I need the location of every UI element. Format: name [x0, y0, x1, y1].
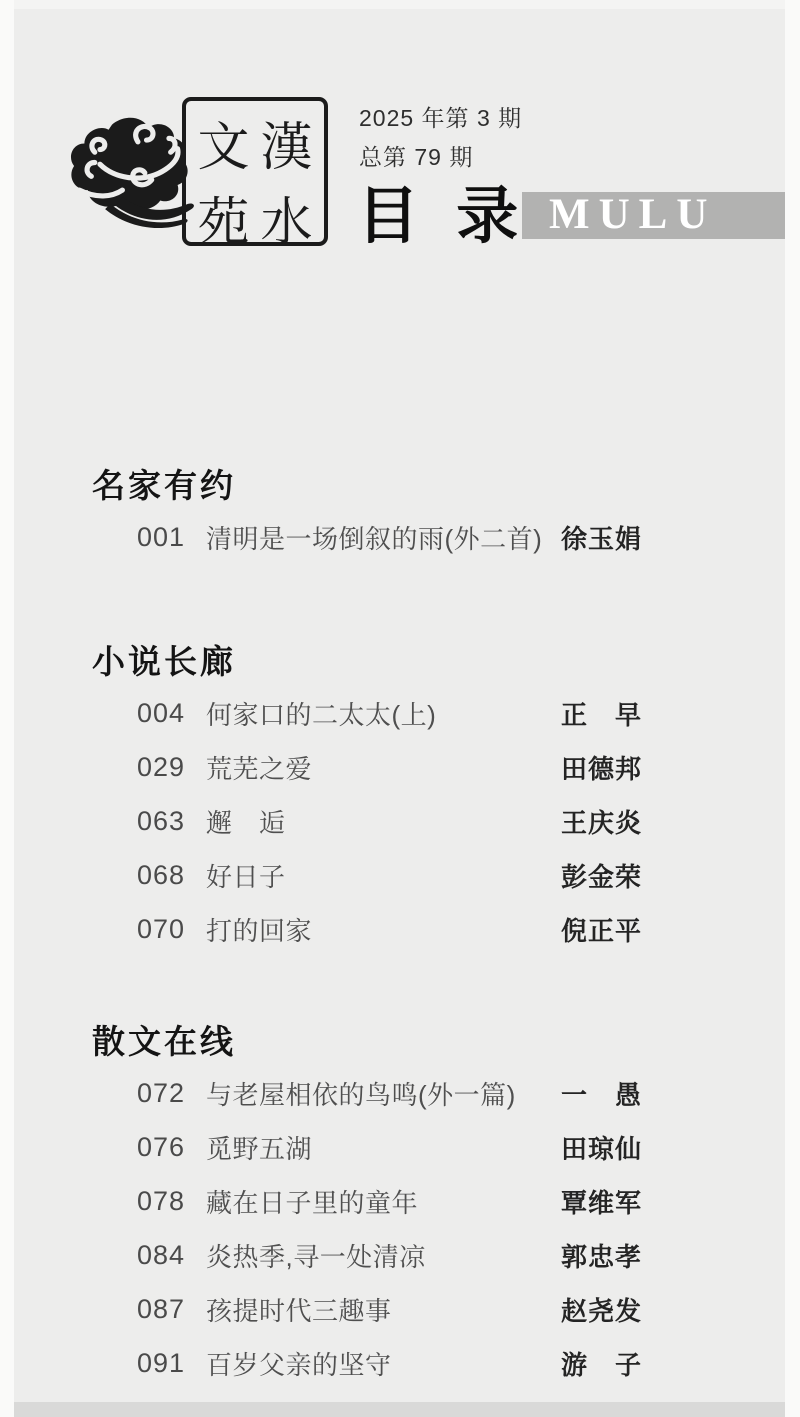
entry-title: 孩提时代三趣事 [206, 1291, 561, 1328]
page-bottom-edge [14, 1402, 785, 1417]
entry-title: 百岁父亲的坚守 [206, 1345, 561, 1382]
toc-entry: 087孩提时代三趣事赵尧发 [14, 1282, 785, 1336]
issue-number: 2025 年第 3 期 [359, 99, 522, 138]
entry-author: 田琼仙 [561, 1129, 642, 1166]
entry-title: 荒芜之爱 [206, 749, 561, 786]
entry-author: 田德邦 [561, 749, 642, 786]
toc-entry: 072与老屋相依的鸟鸣(外一篇)一 愚 [14, 1066, 785, 1120]
entry-title: 何家口的二太太(上) [206, 695, 561, 732]
entry-author: 王庆炎 [561, 803, 642, 840]
entry-author: 徐玉娟 [561, 519, 642, 556]
entry-page-number: 004 [137, 698, 206, 729]
entry-title: 觅野五湖 [206, 1129, 561, 1166]
toc-section: 散文在线072与老屋相依的鸟鸣(外一篇)一 愚076觅野五湖田琼仙078藏在日子… [14, 1016, 785, 1390]
auspicious-cloud-icon [62, 106, 200, 238]
seal-char-shui: 水 [255, 180, 318, 255]
entry-page-number: 029 [137, 752, 206, 783]
toc-entry: 004何家口的二太太(上)正 早 [14, 686, 785, 740]
entry-page-number: 070 [137, 914, 206, 945]
entry-page-number: 084 [137, 1240, 206, 1271]
seal-char-yuan: 苑 [192, 180, 255, 255]
toc-entry: 029荒芜之爱田德邦 [14, 740, 785, 794]
page-title: 目 录 [357, 166, 528, 255]
section-heading: 散文在线 [92, 1016, 785, 1056]
entry-page-number: 072 [137, 1078, 206, 1109]
entry-page-number: 087 [137, 1294, 206, 1325]
entry-title: 邂 逅 [206, 803, 561, 840]
entry-author: 游 子 [561, 1345, 642, 1382]
section-entries: 001清明是一场倒叙的雨(外二首)徐玉娟 [14, 510, 785, 564]
page-top-edge [14, 0, 785, 9]
entry-author: 倪正平 [561, 911, 642, 948]
entry-title: 好日子 [206, 857, 561, 894]
entry-title: 炎热季,寻一处清凉 [206, 1237, 561, 1274]
entry-page-number: 068 [137, 860, 206, 891]
toc-entry: 091百岁父亲的坚守游 子 [14, 1336, 785, 1390]
toc-entry: 084炎热季,寻一处清凉郭忠孝 [14, 1228, 785, 1282]
entry-title: 藏在日子里的童年 [206, 1183, 561, 1220]
entry-title: 与老屋相依的鸟鸣(外一篇) [206, 1075, 561, 1112]
entry-author: 一 愚 [561, 1075, 642, 1112]
entry-page-number: 091 [137, 1348, 206, 1379]
section-heading: 名家有约 [92, 460, 785, 500]
toc-entry: 068好日子彭金荣 [14, 848, 785, 902]
entry-title: 打的回家 [206, 911, 561, 948]
toc-entry: 070打的回家倪正平 [14, 902, 785, 956]
magazine-toc-page: 文 漢 苑 水 2025 年第 3 期 总第 79 期 MULU 目 录 名家有… [14, 0, 785, 1417]
toc-entry: 076觅野五湖田琼仙 [14, 1120, 785, 1174]
entry-page-number: 076 [137, 1132, 206, 1163]
toc-section: 小说长廊004何家口的二太太(上)正 早029荒芜之爱田德邦063邂 逅王庆炎0… [14, 636, 785, 956]
entry-page-number: 063 [137, 806, 206, 837]
entry-title: 清明是一场倒叙的雨(外二首) [206, 519, 561, 556]
pinyin-bar: MULU [522, 192, 785, 239]
seal-char-wen: 文 [192, 105, 255, 180]
entry-author: 赵尧发 [561, 1291, 642, 1328]
toc-entry: 063邂 逅王庆炎 [14, 794, 785, 848]
toc-section: 名家有约001清明是一场倒叙的雨(外二首)徐玉娟 [14, 460, 785, 564]
seal-char-han: 漢 [255, 105, 318, 180]
toc-entry: 078藏在日子里的童年覃维军 [14, 1174, 785, 1228]
toc-entry: 001清明是一场倒叙的雨(外二首)徐玉娟 [14, 510, 785, 564]
hanshui-wenyuan-seal: 文 漢 苑 水 [182, 97, 328, 246]
section-heading: 小说长廊 [92, 636, 785, 676]
entry-page-number: 078 [137, 1186, 206, 1217]
entry-author: 覃维军 [561, 1183, 642, 1220]
section-entries: 072与老屋相依的鸟鸣(外一篇)一 愚076觅野五湖田琼仙078藏在日子里的童年… [14, 1066, 785, 1390]
entry-author: 彭金荣 [561, 857, 642, 894]
entry-author: 郭忠孝 [561, 1237, 642, 1274]
entry-page-number: 001 [137, 522, 206, 553]
entry-author: 正 早 [561, 695, 642, 732]
section-entries: 004何家口的二太太(上)正 早029荒芜之爱田德邦063邂 逅王庆炎068好日… [14, 686, 785, 956]
